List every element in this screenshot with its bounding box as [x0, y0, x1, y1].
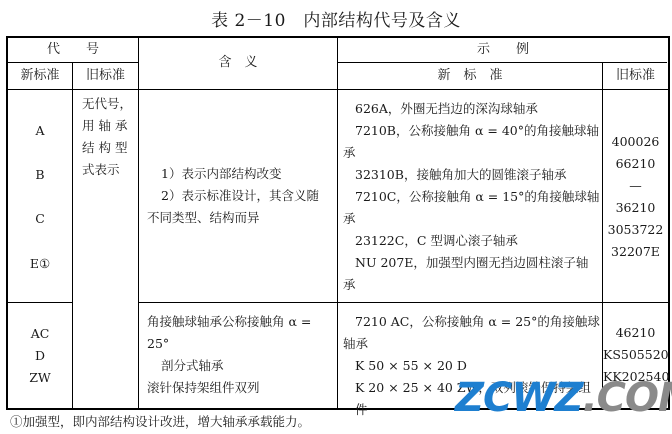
- divider: [138, 38, 139, 408]
- divider: [138, 302, 668, 303]
- divider: [8, 62, 138, 63]
- meaning-text: 1）表示内部结构改变 2）表示标准设计，其含义随 不同类型、结构而异: [147, 163, 337, 229]
- code-new-c: C: [8, 208, 72, 230]
- header-meaning: 含 义: [139, 52, 337, 74]
- header-example-new: 新 标 准: [338, 65, 602, 87]
- divider: [337, 62, 667, 63]
- footnote: ①加强型，即内部结构设计改进，增大轴承承载能力。: [10, 412, 310, 430]
- header-code-old: 旧标准: [73, 65, 138, 87]
- code-new-e: E①: [8, 253, 72, 275]
- code-new-2: AC D ZW: [8, 323, 72, 389]
- divider: [72, 62, 73, 408]
- divider: [8, 89, 668, 90]
- meaning-text-2: 角接触球轴承公称接触角 α = 25° 剖分式轴承 滚针保持架组件双列: [147, 311, 337, 399]
- table-title: 表 2－10 内部结构代号及含义: [0, 6, 672, 31]
- header-example-old: 旧标准: [603, 65, 668, 87]
- code-new-a: A: [8, 120, 72, 142]
- code-old-text: 无代号， 用 轴 承 结 构 型 式表示: [82, 93, 138, 181]
- header-example: 示 例: [338, 39, 668, 61]
- example-old-text: 400026 66210 — 36210 3053722 32207E: [603, 131, 668, 263]
- example-new-text: 626A，外圈无挡边的深沟球轴承 7210B，公称接触角 α = 40°的角接触…: [343, 98, 601, 296]
- header-code: 代 号: [8, 39, 138, 61]
- header-code-new: 新标准: [8, 65, 72, 87]
- code-new-b: B: [8, 164, 72, 186]
- divider: [8, 302, 72, 303]
- watermark: ZCWZ.COM: [455, 378, 672, 418]
- divider: [337, 38, 338, 408]
- internal-structure-code-table: 代 号 新标准 旧标准 含 义 示 例 新 标 准 旧标准 A B C E① 无…: [6, 36, 670, 410]
